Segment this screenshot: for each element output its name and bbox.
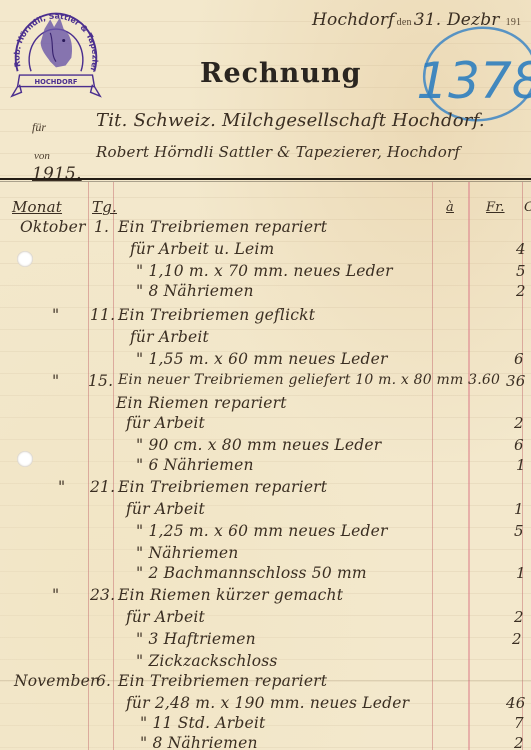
entry-month: November — [14, 672, 98, 690]
entry-day: 23. — [90, 586, 115, 604]
entry-amount: 5 — [514, 522, 524, 540]
entry-day: 6. — [96, 672, 111, 690]
entry-amount: 5 — [516, 262, 526, 280]
entry-text: " 8 Nähriemen — [136, 282, 254, 300]
entry-text: Ein Treibriemen geflickt — [118, 306, 315, 324]
entry-amount: 1 — [514, 500, 524, 518]
entry-month: " — [52, 586, 59, 604]
entry-text: " Nähriemen — [136, 544, 238, 562]
entry-amount: 7 — [514, 714, 524, 732]
entry-text: Ein Treibriemen repariert — [118, 478, 327, 496]
entry-day: 15. — [88, 372, 113, 390]
entry-text: " 8 Nähriemen — [140, 734, 258, 750]
entry-text: " 1,55 m. x 60 mm neues Leder — [136, 350, 388, 368]
entry-amount: 6 — [514, 436, 524, 454]
entry-amount: 2 — [514, 734, 524, 750]
entry-amount: 4 — [516, 240, 526, 258]
entry-text: " 3 Haftriemen — [136, 630, 256, 648]
entry-day: 21. — [90, 478, 115, 496]
entry-text: " 1,25 m. x 60 mm neues Leder — [136, 522, 388, 540]
entry-amount: 46 — [506, 694, 526, 712]
entry-month: Oktober — [20, 218, 86, 236]
entry-amount: 2 — [516, 282, 526, 300]
entry-text: " Zickzackschloss — [136, 652, 278, 670]
entry-text: für 2,48 m. x 190 mm. neues Leder — [126, 694, 409, 712]
invoice-entries: Oktober 1. Ein Treibriemen repariert für… — [0, 0, 531, 750]
entry-text: Ein neuer Treibriemen geliefert 10 m. x … — [118, 372, 500, 388]
entry-day: 11. — [90, 306, 115, 324]
entry-text: für Arbeit — [126, 608, 205, 626]
entry-amount: 2 — [512, 630, 522, 648]
entry-month: " — [52, 306, 59, 324]
entry-text: Ein Treibriemen repariert — [118, 672, 327, 690]
entry-text: Ein Riemen kürzer gemacht — [118, 586, 343, 604]
entry-day: 1. — [94, 218, 109, 236]
entry-text: " 90 cm. x 80 mm neues Leder — [136, 436, 381, 454]
entry-text: " 2 Bachmannschloss 50 mm — [136, 564, 367, 582]
entry-amount: 36 — [506, 372, 526, 390]
entry-text: für Arbeit — [130, 328, 209, 346]
entry-text: für Arbeit — [126, 414, 205, 432]
entry-amount: 2 — [514, 608, 524, 626]
entry-text: für Arbeit — [126, 500, 205, 518]
entry-amount: 1 — [516, 456, 526, 474]
entry-month: " — [52, 372, 59, 390]
entry-amount: 6 — [514, 350, 524, 368]
entry-text: " 1,10 m. x 70 mm. neues Leder — [136, 262, 393, 280]
entry-month: " — [58, 478, 65, 496]
entry-amount: 1 — [516, 564, 526, 582]
entry-text: " 6 Nähriemen — [136, 456, 254, 474]
entry-amount: 2 — [514, 414, 524, 432]
entry-text: " 11 Std. Arbeit — [140, 714, 265, 732]
entry-text: Ein Treibriemen repariert — [118, 218, 327, 236]
entry-text: für Arbeit u. Leim — [130, 240, 274, 258]
entry-text: Ein Riemen repariert — [116, 394, 287, 412]
